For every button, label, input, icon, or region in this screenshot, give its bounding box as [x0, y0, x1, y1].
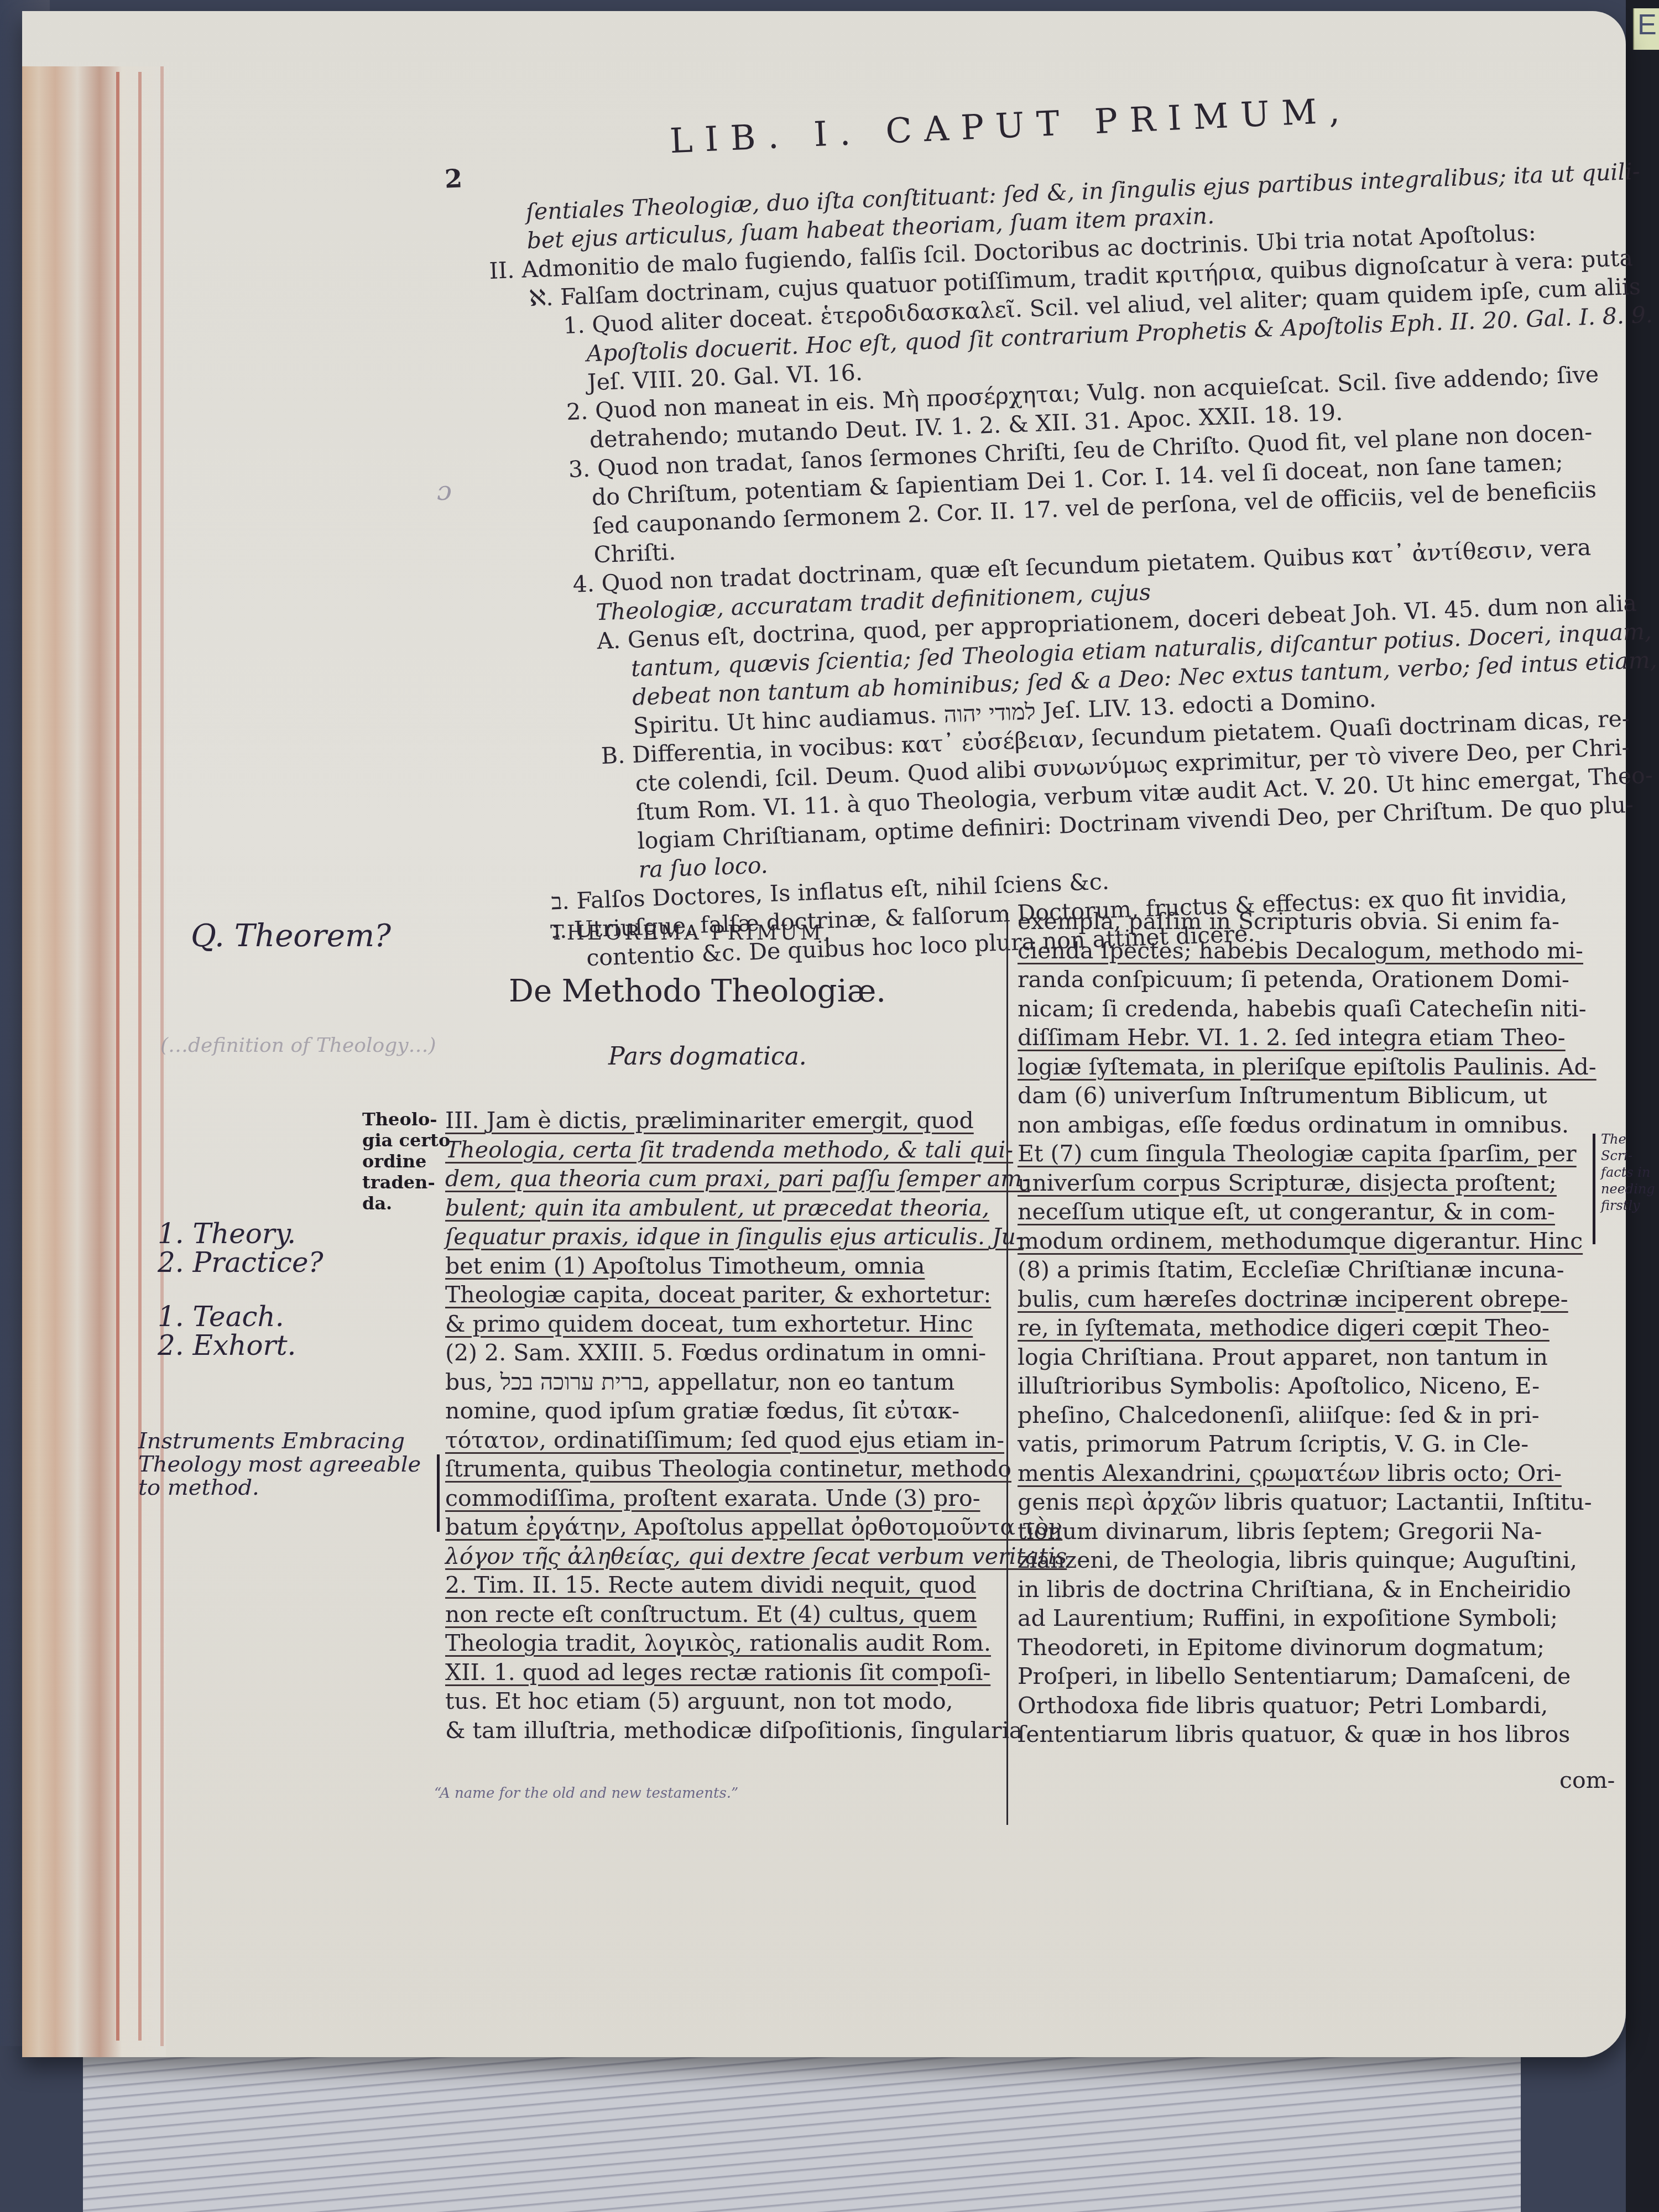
text-line: non ambigas, eſſe fœdus ordinatum in omn… — [1018, 1110, 1587, 1140]
printed-side-note: Theolo- gia certo ordine traden- da. — [362, 1109, 450, 1214]
text-line: 2. Tim. II. 15. Recte autem dividi nequi… — [445, 1571, 995, 1600]
text-line: commodiſſima, proſtent exarata. Unde (3)… — [445, 1484, 995, 1513]
right-column: exempla, paſſim in Scripturis obvia. Si … — [1018, 907, 1587, 1749]
text-line: genis περὶ ἀρχῶν libris quatuor; Lactant… — [1018, 1488, 1587, 1517]
text-line: nicam; ſi credenda, habebis quaſi Catech… — [1018, 994, 1587, 1024]
text-line: & primo quidem doceat, tum exhortetur. H… — [445, 1310, 995, 1339]
text-line: Et (7) cum ſingula Theologiæ capita ſpar… — [1018, 1139, 1587, 1168]
text-line: (2) 2. Sam. XXIII. 5. Fœdus ordinatum in… — [445, 1338, 995, 1368]
text-line: ad Laurentium; Ruffini, in expoſitione S… — [1018, 1604, 1587, 1633]
text-line: in libris de doctrina Chriſtiana, & in E… — [1018, 1575, 1587, 1604]
text-line: re, in ſyſtemata, methodice digeri cœpit… — [1018, 1313, 1587, 1343]
column-divider — [1006, 912, 1008, 1825]
text-line: randa conſpicuum; ſi petenda, Orationem … — [1018, 965, 1587, 994]
page-number: 2 — [444, 163, 463, 194]
text-line: dem, qua theoria cum praxi, pari paſſu ſ… — [445, 1164, 995, 1193]
text-line: cienda ſpectes; habebis Decalogum, metho… — [1018, 936, 1587, 966]
text-line: ſententiarum libris quatuor, & quæ in ho… — [1018, 1720, 1587, 1749]
text-line: logiæ ſyſtemata, in pleriſque epiſtolis … — [1018, 1052, 1587, 1082]
text-line: Theologia, certa ſit tradenda methodo, &… — [445, 1135, 995, 1165]
text-line: λόγον τῆς ἀληθείας, qui dextre ſecat ver… — [445, 1542, 995, 1571]
catchword: com- — [1559, 1767, 1615, 1793]
text-line: bus, ברית ערוכה בכל, appellatur, non eo … — [445, 1368, 995, 1397]
left-column: III. Jam è dictis, præliminariter emergi… — [445, 1106, 995, 1745]
text-line: vatis, primorum Patrum ſcriptis, V. G. i… — [1018, 1430, 1587, 1459]
handwritten-bottom-note: “A name for the old and new testaments.” — [434, 1785, 738, 1802]
handwritten-theorem-query: Q. Theorem? — [191, 918, 391, 954]
text-line: tus. Et hoc etiam (5) arguunt, non tot m… — [445, 1687, 995, 1716]
handwritten-theory-practice: 1. Theory. 2. Practice? — [158, 1219, 323, 1277]
text-line: Theologia tradit, λογικὸς, rationalis au… — [445, 1629, 995, 1658]
margin-bracket — [437, 1454, 440, 1532]
margin-bracket — [1593, 1134, 1595, 1244]
text-line: dam (6) univerſum Inſtrumentum Biblicum,… — [1018, 1081, 1587, 1110]
text-line: nomine, quod ipſum gratiæ fœdus, ſit εὐτ… — [445, 1396, 995, 1426]
upper-text-block: ſentiales Theologiæ, duo iſta conſtituan… — [487, 159, 1598, 975]
text-line: τότατον, ordinatiſſimum; ſed quod ejus e… — [445, 1426, 995, 1455]
text-line: mentis Alexandrini, ςρωματέων libris oct… — [1018, 1459, 1587, 1488]
text-line: Theodoreti, in Epitome divinorum dogmatu… — [1018, 1633, 1587, 1662]
text-line: illuſtrioribus Symbolis: Apoſtolico, Nic… — [1018, 1371, 1587, 1401]
text-line: neceſſum utique eſt, ut congerantur, & i… — [1018, 1197, 1587, 1227]
text-line: modum ordinem, methodumque digerantur. H… — [1018, 1227, 1587, 1256]
handwritten-faded-note: (…definition of Theology…) — [160, 1034, 436, 1057]
text-line: ſequatur praxis, idque in ſingulis ejus … — [445, 1222, 995, 1251]
text-line: diſſimam Hebr. VI. 1. 2. ſed integra eti… — [1018, 1023, 1587, 1052]
text-line: bet enim (1) Apoſtolus Timotheum, omnia — [445, 1251, 995, 1281]
handwritten-mark: ɔ — [437, 476, 452, 507]
handwritten-instruments-note: Instruments Embracing Theology most agre… — [138, 1430, 421, 1499]
running-head: 2 LIB. I. CAPUT PRIMUM, — [465, 77, 1625, 130]
text-line: exempla, paſſim in Scripturis obvia. Si … — [1018, 907, 1587, 936]
chapter-header: LIB. I. CAPUT PRIMUM, — [669, 90, 1353, 161]
text-line: bulent; quin ita ambulent, ut præcedat t… — [445, 1193, 995, 1223]
theorem-heading: THEOREMA PRIMUM. — [550, 921, 833, 945]
text-line: logia Chriſtiana. Prout apparet, non tan… — [1018, 1343, 1587, 1372]
text-line: tionum divinarum, libris ſeptem; Gregori… — [1018, 1517, 1587, 1546]
text-line: XII. 1. quod ad leges rectæ rationis ſit… — [445, 1658, 995, 1687]
text-line: ſtrumenta, quibus Theologia continetur, … — [445, 1454, 995, 1484]
handwritten-right-margin-note: The Scri- facts in needing firstly — [1601, 1131, 1659, 1214]
text-line: Orthodoxa fide libris quatuor; Petri Lom… — [1018, 1691, 1587, 1720]
text-line: & tam illuſtria, methodicæ diſpoſitionis… — [445, 1716, 995, 1745]
text-line: Proſperi, in libello Sententiarum; Damaſ… — [1018, 1662, 1587, 1691]
text-line: bulis, cum hæreſes doctrinæ inciperent o… — [1018, 1285, 1587, 1314]
text-line: non recte eſt conſtructum. Et (4) cultus… — [445, 1600, 995, 1629]
section-title: De Methodo Theologiæ. — [509, 973, 886, 1009]
text-line: univerſum corpus Scripturæ, disjecta pro… — [1018, 1168, 1587, 1198]
text-line: zianzeni, de Theologia, libris quinque; … — [1018, 1546, 1587, 1575]
text-line: pheſino, Chalcedonenſi, aliiſque: ſed & … — [1018, 1401, 1587, 1430]
section-subtitle: Pars dogmatica. — [608, 1042, 807, 1071]
text-line: III. Jam è dictis, præliminariter emergi… — [445, 1106, 995, 1135]
handwritten-teach-exhort: 1. Teach. 2. Exhort. — [158, 1302, 296, 1360]
text-line: (8) a primis ſtatim, Eccleſiæ Chriſtianæ… — [1018, 1255, 1587, 1285]
page-content: 2 LIB. I. CAPUT PRIMUM, ſentiales Theolo… — [0, 0, 1659, 2212]
text-line: Theologiæ capita, doceat pariter, & exho… — [445, 1280, 995, 1310]
text-line: batum ἐργάτην, Apoſtolus appellat ὀρθοτο… — [445, 1512, 995, 1542]
